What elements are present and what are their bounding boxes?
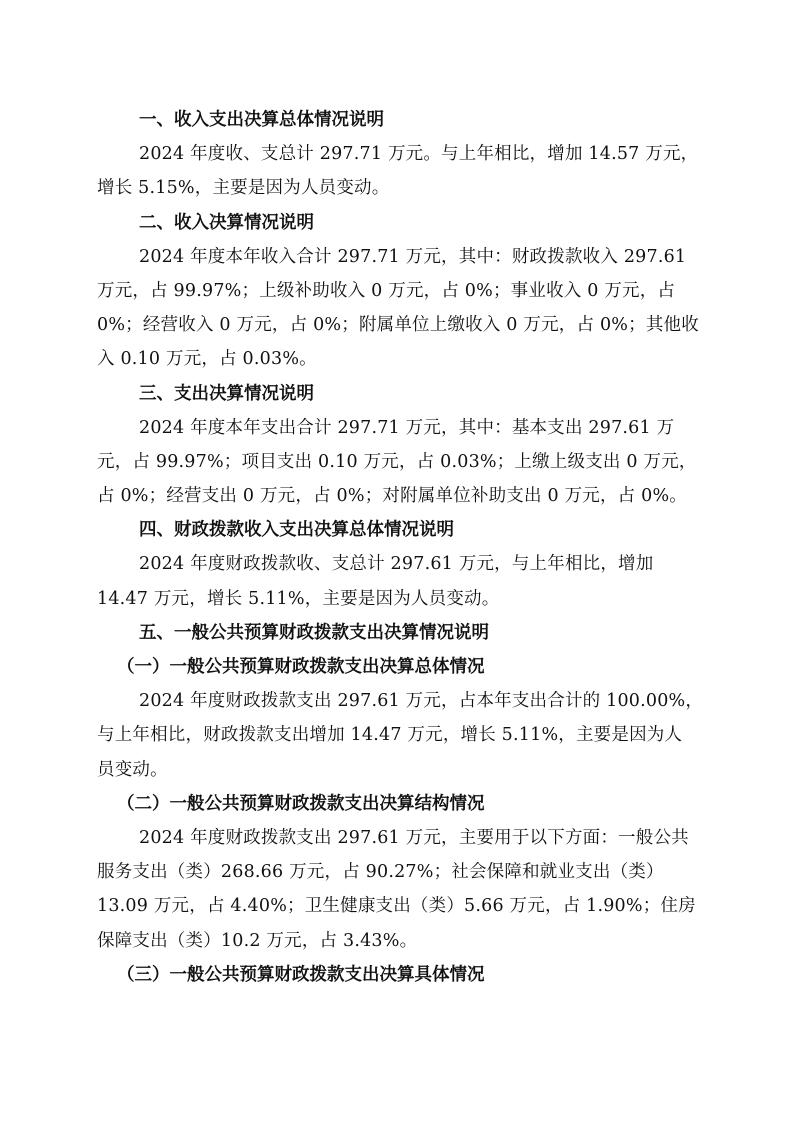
paragraph-line: 2024 年度财政拨款收、支总计 297.61 万元，与上年相比，增加 — [97, 547, 697, 581]
subsection-heading-1: （一）一般公共预算财政拨款支出决算总体情况 — [97, 650, 697, 684]
paragraph-line: 与上年相比，财政拨款支出增加 14.47 万元，增长 5.11%，主要是因为人 — [97, 718, 697, 752]
paragraph-line: 占 0%；经营支出 0 万元，占 0%；对附属单位补助支出 0 万元，占 0%。 — [97, 479, 697, 513]
paragraph-line: 13.09 万元，占 4.40%；卫生健康支出（类）5.66 万元，占 1.90… — [97, 889, 697, 923]
paragraph-line: 2024 年度财政拨款支出 297.61 万元，主要用于以下方面：一般公共 — [97, 821, 697, 855]
paragraph-line: 保障支出（类）10.2 万元，占 3.43%。 — [97, 924, 697, 958]
paragraph-line: 万元，占 99.97%；上级补助收入 0 万元，占 0%；事业收入 0 万元，占 — [97, 274, 697, 308]
section-heading-4: 四、财政拨款收入支出决算总体情况说明 — [97, 513, 697, 547]
section-heading-2: 二、收入决算情况说明 — [97, 206, 697, 240]
section-heading-1: 一、收入支出决算总体情况说明 — [97, 103, 697, 137]
document-page: 一、收入支出决算总体情况说明 2024 年度收、支总计 297.71 万元。与上… — [97, 103, 697, 992]
paragraph-line: 服务支出（类）268.66 万元，占 90.27%；社会保障和就业支出（类） — [97, 855, 697, 889]
paragraph-line: 2024 年度财政拨款支出 297.61 万元，占本年支出合计的 100.00%… — [97, 684, 697, 718]
paragraph-line: 2024 年度本年收入合计 297.71 万元，其中：财政拨款收入 297.61 — [97, 240, 697, 274]
paragraph-line: 员变动。 — [97, 753, 697, 787]
subsection-heading-3: （三）一般公共预算财政拨款支出决算具体情况 — [97, 958, 697, 992]
paragraph-line: 2024 年度本年支出合计 297.71 万元，其中：基本支出 297.61 万 — [97, 411, 697, 445]
section-heading-5: 五、一般公共预算财政拨款支出决算情况说明 — [97, 616, 697, 650]
section-heading-3: 三、支出决算情况说明 — [97, 377, 697, 411]
paragraph-line: 2024 年度收、支总计 297.71 万元。与上年相比，增加 14.57 万元… — [97, 137, 697, 171]
paragraph-line: 入 0.10 万元，占 0.03%。 — [97, 342, 697, 376]
subsection-heading-2: （二）一般公共预算财政拨款支出决算结构情况 — [97, 787, 697, 821]
paragraph-line: 增长 5.15%，主要是因为人员变动。 — [97, 171, 697, 205]
paragraph-line: 14.47 万元，增长 5.11%，主要是因为人员变动。 — [97, 582, 697, 616]
paragraph-line: 0%；经营收入 0 万元，占 0%；附属单位上缴收入 0 万元，占 0%；其他收 — [97, 308, 697, 342]
paragraph-line: 元，占 99.97%；项目支出 0.10 万元，占 0.03%；上缴上级支出 0… — [97, 445, 697, 479]
